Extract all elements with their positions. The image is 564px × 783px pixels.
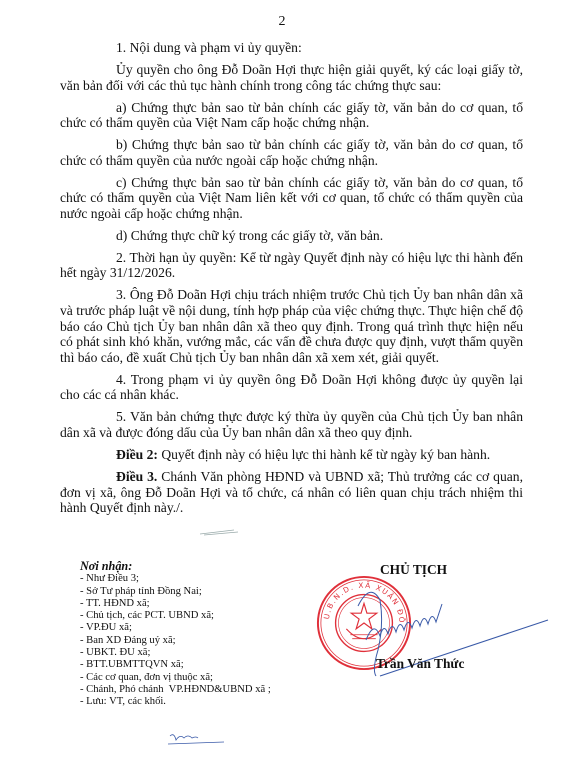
- article-label: Điều 3.: [116, 469, 157, 484]
- recipient-item: - Chủ tịch, các PCT. UBND xã;: [80, 610, 320, 622]
- paragraph: 5. Văn bản chứng thực được ký thừa ủy qu…: [60, 409, 523, 440]
- recipient-item: - Chánh, Phó chánh VP.HĐND&UBND xã ;: [80, 684, 320, 696]
- recipients-title: Nơi nhận:: [80, 560, 320, 572]
- initials-mark-icon: [168, 730, 228, 750]
- page-number: 2: [0, 14, 564, 30]
- recipient-item: - TT. HĐND xã;: [80, 598, 320, 610]
- recipients-list: - Như Điều 3;- Sở Tư pháp tỉnh Đồng Nai;…: [80, 573, 320, 708]
- paragraph: 3. Ông Đỗ Doãn Hợi chịu trách nhiệm trướ…: [60, 287, 523, 365]
- paragraph: d) Chứng thực chữ ký trong các giấy tờ, …: [60, 228, 523, 244]
- recipient-item: - VP.ĐU xã;: [80, 622, 320, 634]
- recipient-item: - UBKT. ĐU xã;: [80, 647, 320, 659]
- recipient-item: - Sở Tư pháp tỉnh Đồng Nai;: [80, 586, 320, 598]
- paragraph: Ủy quyền cho ông Đỗ Doãn Hợi thực hiện g…: [60, 62, 523, 93]
- paragraph: 1. Nội dung và phạm vi ủy quyền:: [60, 40, 523, 56]
- recipients-block: Nơi nhận: - Như Điều 3;- Sở Tư pháp tỉnh…: [80, 560, 320, 709]
- paragraph: 2. Thời hạn ủy quyền: Kể từ ngày Quyết đ…: [60, 250, 523, 281]
- paragraph: c) Chứng thực bản sao từ bản chính các g…: [60, 175, 523, 222]
- paragraph: a) Chứng thực bản sao từ bản chính các g…: [60, 100, 523, 131]
- recipient-item: - Như Điều 3;: [80, 573, 320, 585]
- article-label: Điều 2:: [116, 447, 158, 462]
- signer-name: Trần Văn Thức: [376, 656, 464, 672]
- recipient-item: - Lưu: VT, các khối.: [80, 696, 320, 708]
- recipient-item: - BTT.UBMTTQVN xã;: [80, 659, 320, 671]
- recipient-item: - Các cơ quan, đơn vị thuộc xã;: [80, 672, 320, 684]
- initials-stroke-icon: [200, 528, 240, 536]
- document-body: 1. Nội dung và phạm vi ủy quyền:Ủy quyền…: [60, 40, 523, 522]
- paragraph: b) Chứng thực bản sao từ bản chính các g…: [60, 137, 523, 168]
- paragraph: Điều 3. Chánh Văn phòng HĐND và UBND xã;…: [60, 469, 523, 516]
- paragraph: Điều 2: Quyết định này có hiệu lực thi h…: [60, 447, 523, 463]
- signature-icon: [350, 580, 550, 690]
- recipient-item: - Ban XD Đảng uỷ xã;: [80, 635, 320, 647]
- paragraph: 4. Trong phạm vi ủy quyền ông Đỗ Doãn Hợ…: [60, 372, 523, 403]
